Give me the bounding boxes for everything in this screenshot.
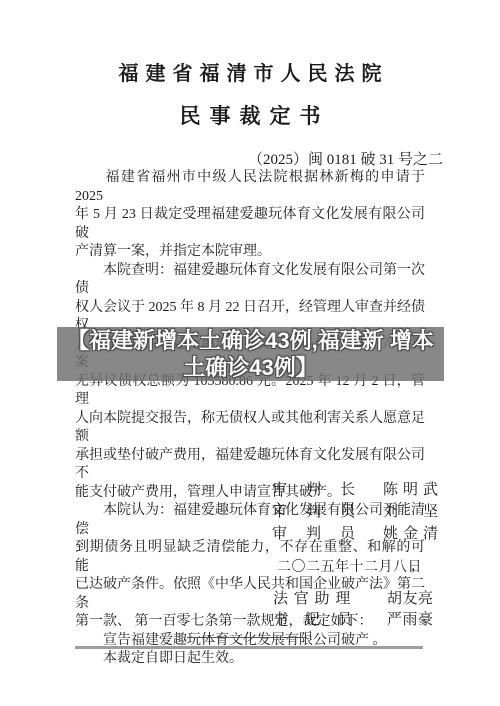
page-bottom-rule bbox=[75, 646, 423, 649]
judge-row: 审 判 长 陈明武 bbox=[272, 479, 444, 501]
document-type-title: 民事裁定书 bbox=[0, 100, 500, 130]
ruling-date: 二〇二五年十二月八日 bbox=[75, 556, 422, 576]
staff-block: 法 官 助 理 胡友亮 书 记 员 严雨豪 bbox=[273, 589, 445, 631]
judges-block: 审 判 长 陈明武 审 判 员 刘 坚 审 判 员 姚金清 bbox=[272, 479, 444, 545]
staff-row: 书 记 员 严雨豪 bbox=[273, 610, 445, 631]
body-line: 承担或垫付破产费用，福建爱趣玩体育文化发展有限公司不 bbox=[75, 447, 425, 484]
body-line: 本裁定自即日起生效。 bbox=[75, 650, 425, 669]
document-page: 福建省福清市人民法院 民事裁定书 （2025）闽 0181 破 31 号之二 福… bbox=[0, 0, 500, 706]
staff-title: 法 官 助 理 bbox=[273, 589, 361, 610]
judge-name: 陈明武 bbox=[383, 479, 443, 501]
judge-row: 审 判 员 姚金清 bbox=[272, 523, 444, 545]
watermark-overlay: 【福建新增本土确诊43例,福建新 增本 土确诊43例】 bbox=[57, 327, 444, 381]
judge-title: 审 判 员 bbox=[272, 523, 360, 545]
judge-title: 审 判 长 bbox=[272, 479, 360, 501]
body-line: 年 5 月 23 日裁定受理福建爱趣玩体育文化发展有限公司破 bbox=[75, 206, 425, 243]
staff-title: 书 记 员 bbox=[273, 610, 361, 631]
staff-row: 法 官 助 理 胡友亮 bbox=[273, 589, 445, 610]
judge-name: 姚金清 bbox=[383, 523, 443, 545]
staff-name: 严雨豪 bbox=[387, 610, 434, 631]
footnote-number: 1 bbox=[308, 629, 313, 639]
body-line: 本院查明：福建爱趣玩体育文化发展有限公司第一次债 bbox=[75, 262, 425, 299]
case-number: （2025）闽 0181 破 31 号之二 bbox=[0, 148, 443, 169]
body-line: 产清算一案，并指定本院审理。 bbox=[75, 243, 425, 262]
judge-row: 审 判 员 刘 坚 bbox=[272, 501, 444, 523]
footnote-divider-line bbox=[187, 637, 307, 638]
watermark-text-line-1: 【福建新增本土确诊43例,福建新 增本 bbox=[67, 327, 434, 354]
judge-title: 审 判 员 bbox=[272, 501, 360, 523]
court-name: 福建省福清市人民法院 bbox=[0, 57, 500, 86]
staff-name: 胡友亮 bbox=[387, 589, 434, 610]
judge-name: 刘 坚 bbox=[383, 501, 443, 523]
body-line: 人向本院提交报告，称无债权人或其他利害关系人愿意足额 bbox=[75, 410, 425, 447]
watermark-text-line-2: 土确诊43例】 bbox=[183, 354, 317, 381]
body-line: 福建省福州市中级人民法院根据林新梅的申请于 2025 bbox=[75, 169, 425, 206]
